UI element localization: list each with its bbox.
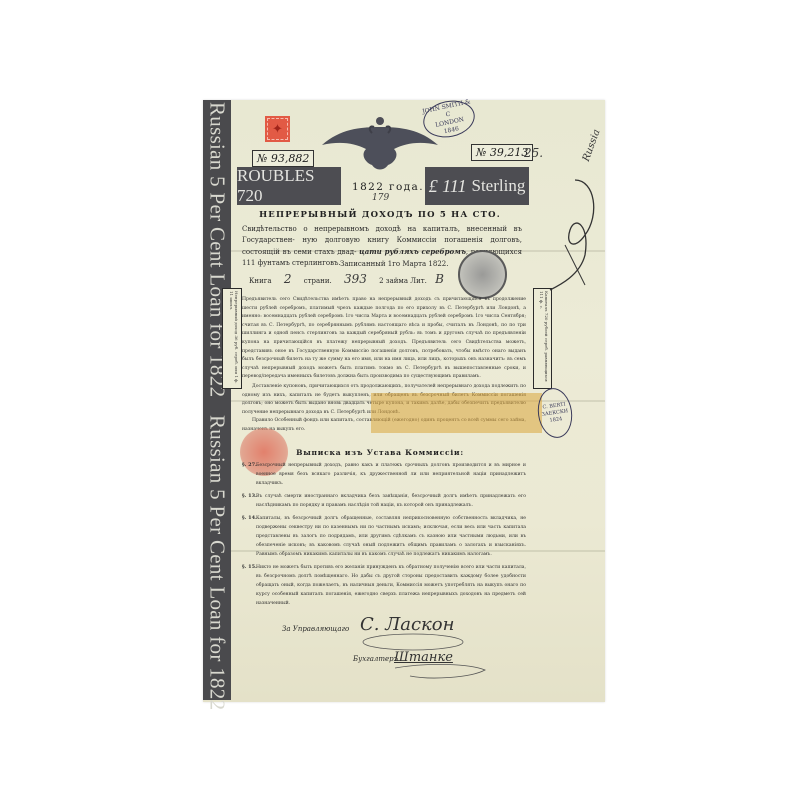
statute-section: §. 13. Въ случаѣ смерти иностраннаго вкл… <box>242 492 526 510</box>
statute-section: §. 15. Никто не можетъ быть противъ его … <box>242 563 526 608</box>
section-text: Безсрочный непрерывный доходъ, равно как… <box>256 461 526 488</box>
denomination-roubles: ROUBLES 720 <box>237 167 341 205</box>
adhesive-tape-strip <box>371 393 542 433</box>
accountant-flourish <box>390 660 490 685</box>
registry-line: Книга 2 страни. 393 2 займа Лит. B <box>249 272 444 286</box>
section-text: Никто не можетъ быть противъ его желанія… <box>256 563 526 608</box>
handwritten-under-year: 179 <box>372 193 389 203</box>
stamp-line: 1824 <box>549 416 563 425</box>
headline: НЕПРЕРЫВНЫЙ ДОХОДЪ ПО 5 НА СТО. <box>230 210 530 220</box>
sidebar-title-repeat: Russian 5 Per Cent Loan for 1822 <box>205 415 230 710</box>
section-text: Капиталы, въ безсрочный долгъ обращенные… <box>256 514 526 559</box>
registered-date: Записанный 1го Марта 1822. <box>340 260 448 268</box>
loan-value: B <box>435 272 444 286</box>
margin-signature-flourish <box>545 175 605 295</box>
section-number: §. 15. <box>242 563 257 572</box>
denomination-sterling: £ 111 Sterling <box>425 167 529 205</box>
book-label: Книга <box>249 277 272 285</box>
terms-paragraph-1: Предъявитель сего Свидѣтельства имѣетъ п… <box>242 296 526 382</box>
stamp-line: 1846 <box>443 125 460 136</box>
section-title: Выписка изъ Устава Коммиссіи: <box>230 448 530 457</box>
statute-section: §. 27. Безсрочный непрерывный доходъ, ра… <box>242 461 526 488</box>
section-text: Въ случаѣ смерти иностраннаго вкладчика … <box>256 492 526 510</box>
signatory-label-manager: За Управляющаго <box>282 625 349 633</box>
counterfoil-box-right: Капиталъ 720 рублей сереб. равняющихся 1… <box>533 288 552 389</box>
embossed-seal-icon <box>458 250 507 299</box>
intro-amount: цати рубляхъ серебромъ <box>359 247 466 256</box>
sterling-amount: £ 111 <box>429 176 467 197</box>
page-value: 393 <box>344 272 367 286</box>
section-number: §. 13. <box>242 492 257 501</box>
section-number: §. 14. <box>242 514 257 523</box>
red-eagle-stamp-icon: ✦ <box>265 116 290 142</box>
sterling-label: Sterling <box>471 176 525 196</box>
handwritten-number: 25. <box>524 146 543 160</box>
page-label: страни. <box>304 277 332 285</box>
book-value: 2 <box>284 272 292 286</box>
loan-label: 2 займа Лит. <box>379 277 427 285</box>
serial-number-left: № 93,882 <box>252 150 314 167</box>
section-number: §. 27. <box>242 461 257 470</box>
issue-year: 1822 года. <box>352 181 424 193</box>
counterfoil-box-left: Непрерывный доход 36 руб. сереб. или 1 ф… <box>222 288 242 389</box>
statute-section: §. 14. Капиталы, въ безсрочный долгъ обр… <box>242 514 526 559</box>
